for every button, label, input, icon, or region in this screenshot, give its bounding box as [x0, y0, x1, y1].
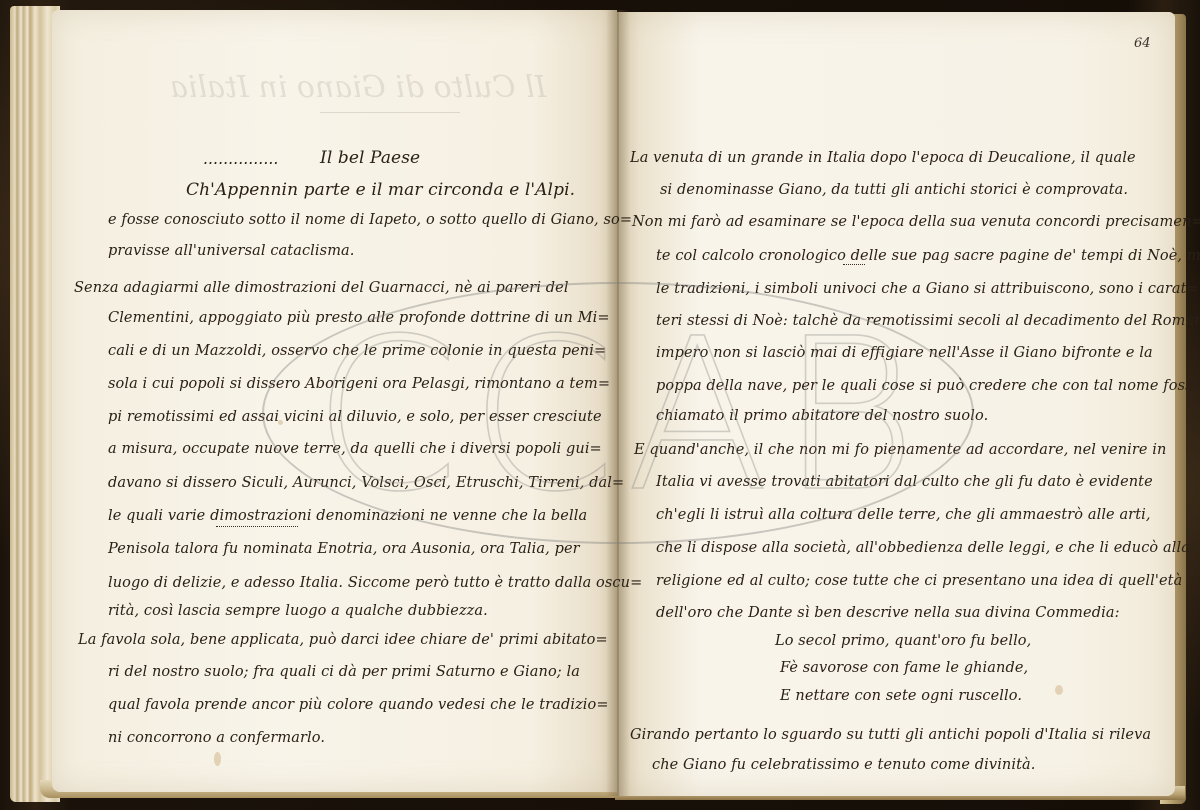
page-number: 64 [1134, 36, 1151, 51]
quote-title: Il bel Paese [320, 148, 420, 168]
text-line: pravisse all'universal cataclisma. [108, 243, 355, 259]
text-line: davano si dissero Siculi, Aurunci, Volsc… [108, 475, 624, 491]
dotted-underline [216, 526, 298, 527]
poem-line: Lo secol primo, quant'oro fu bello, [775, 633, 1031, 649]
right-page [617, 12, 1175, 796]
text-line: rità, così lascia sempre luogo a qualche… [108, 603, 488, 619]
foxing-stain [1055, 685, 1063, 695]
text-line: le quali varie dimostrazioni denominazio… [108, 508, 587, 524]
text-line: te col calcolo cronologico delle sue pag… [656, 248, 1200, 264]
book-gutter [606, 10, 630, 796]
text-line: qual favola prende ancor più colore quan… [108, 697, 609, 713]
text-line: che Giano fu celebratissimo e tenuto com… [652, 757, 1036, 773]
text-line: chiamato il primo abitatore del nostro s… [656, 408, 988, 424]
bleed-through-title: Il Culto di Giano in Italia [170, 70, 547, 105]
text-line: religione ed al culto; cose tutte che ci… [656, 573, 1182, 589]
text-line: Girando pertanto lo sguardo su tutti gli… [630, 727, 1151, 743]
text-line: si denominasse Giano, da tutti gli antic… [660, 182, 1128, 198]
text-line: a misura, occupate nuove terre, da quell… [108, 441, 602, 457]
text-line: sola i cui popoli si dissero Aborigeni o… [108, 376, 610, 392]
text-line: e fosse conosciuto sotto il nome di Iape… [108, 212, 632, 228]
text-line: impero non si lasciò mai di effigiare ne… [656, 345, 1153, 361]
text-line: Clementini, appoggiato più presto alle p… [108, 310, 610, 326]
text-line: ri del nostro suolo; fra quali ci dà per… [108, 664, 580, 680]
poem-line: Fè savorose con fame le ghiande, [780, 660, 1028, 676]
poem-line: E nettare con sete ogni ruscello. [780, 688, 1022, 704]
foxing-stain [214, 752, 221, 766]
text-line: Non mi farò ad esaminare se l'epoca dell… [632, 214, 1200, 230]
text-line: La venuta di un grande in Italia dopo l'… [630, 150, 1136, 166]
bleed-through-rule [320, 112, 460, 113]
dotted-underline [843, 264, 865, 265]
text-line: La favola sola, bene applicata, può darc… [78, 632, 608, 648]
text-line: E quand'anche, il che non mi fo pienamen… [634, 442, 1166, 458]
text-line: poppa della nave, per le quali cose si p… [656, 378, 1200, 394]
text-line: teri stessi di Noè: talchè da remotissim… [656, 313, 1200, 329]
text-line: luogo di delizie, e adesso Italia. Sicco… [108, 575, 642, 591]
text-line: le tradizioni, i simboli univoci che a G… [656, 281, 1199, 297]
text-line: pi remotissimi ed assai vicini al diluvi… [108, 409, 602, 425]
text-line: dell'oro che Dante sì ben descrive nella… [656, 605, 1120, 621]
text-line: Italia vi avesse trovati abitatori dal c… [656, 474, 1153, 490]
ellipsis: ............... [203, 150, 278, 168]
text-line: Senza adagiarmi alle dimostrazioni del G… [74, 280, 569, 296]
text-line: cali e di un Mazzoldi, osservo che le pr… [108, 343, 606, 359]
text-line: ni concorrono a confermarlo. [108, 730, 325, 746]
text-line: che li dispose alla società, all'obbedie… [656, 540, 1190, 556]
quote-line: Ch'Appennin parte e il mar circonda e l'… [186, 180, 575, 200]
text-line: Penisola talora fu nominata Enotria, ora… [108, 541, 580, 557]
text-line: ch'egli li istruì alla coltura delle ter… [656, 507, 1151, 523]
